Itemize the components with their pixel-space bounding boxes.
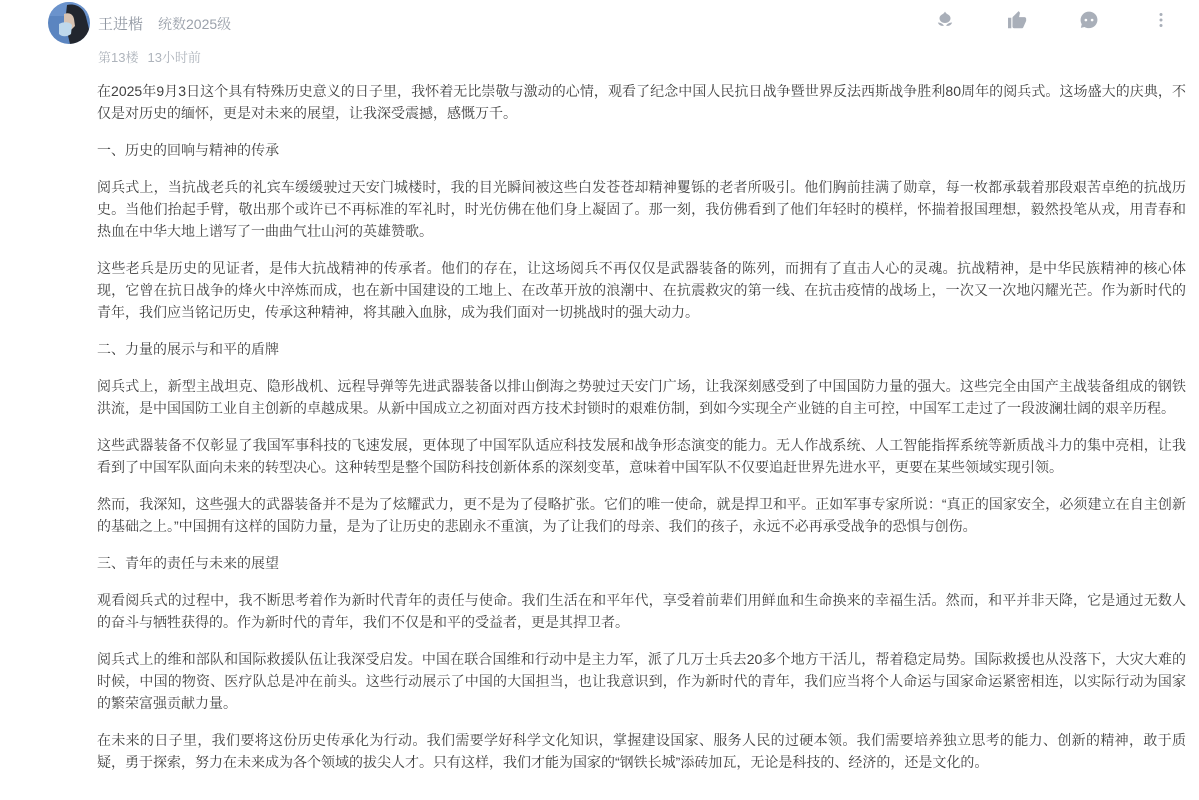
post-meta: 第13楼13小时前	[98, 47, 201, 66]
author-row: 王进楷统数2025级	[98, 13, 231, 34]
comment-button[interactable]	[1078, 9, 1100, 31]
more-options-button[interactable]	[1150, 9, 1172, 31]
avatar[interactable]	[48, 2, 90, 44]
thumbs-up-icon	[1006, 9, 1028, 31]
post-paragraph: 阅兵式上，当抗战老兵的礼宾车缓缓驶过天安门城楼时，我的目光瞬间被这些白发苍苍却精…	[97, 176, 1186, 242]
post-paragraph: 然而，我深知，这些强大的武器装备并不是为了炫耀武力，更不是为了侵略扩张。它们的唯…	[97, 493, 1186, 537]
section-heading: 三、青年的责任与未来的展望	[97, 552, 1186, 574]
section-heading: 二、力量的展示与和平的盾牌	[97, 338, 1186, 360]
username[interactable]: 王进楷	[98, 16, 143, 33]
like-button[interactable]	[1006, 9, 1028, 31]
section-heading: 一、历史的回响与精神的传承	[97, 139, 1186, 161]
user-badge: 统数2025级	[158, 16, 231, 32]
post-paragraph: 阅兵式上，新型主战坦克、隐形战机、远程导弹等先进武器装备以排山倒海之势驶过天安门…	[97, 375, 1186, 419]
floor-number: 第13楼	[98, 50, 138, 65]
action-bar	[934, 9, 1172, 31]
post-paragraph: 这些武器装备不仅彰显了我国军事科技的飞速发展，更体现了中国军队适应科技发展和战争…	[97, 434, 1186, 478]
avatar-image	[48, 2, 90, 44]
post-paragraph: 阅兵式上的维和部队和国际救援队伍让我深受启发。中国在联合国维和行动中是主力军，派…	[97, 648, 1186, 714]
post-paragraph: 观看阅兵式的过程中，我不断思考着作为新时代青年的责任与使命。我们生活在和平年代，…	[97, 589, 1186, 633]
post-paragraph: 在未来的日子里，我们要将这份历史传承化为行动。我们需要学好科学文化知识，掌握建设…	[97, 729, 1186, 773]
post-paragraph: 这些老兵是历史的见证者，是伟大抗战精神的传承者。他们的存在，让这场阅兵不再仅仅是…	[97, 257, 1186, 323]
post-time: 13小时前	[147, 50, 200, 65]
post-paragraph: 在2025年9月3日这个具有特殊历史意义的日子里，我怀着无比崇敬与激动的心情，观…	[97, 80, 1186, 124]
flower-action-button[interactable]	[934, 9, 956, 31]
more-icon	[1152, 9, 1170, 31]
post-content: 在2025年9月3日这个具有特殊历史意义的日子里，我怀着无比崇敬与激动的心情，观…	[97, 80, 1186, 788]
flower-icon	[934, 9, 956, 31]
comment-icon	[1078, 9, 1100, 31]
